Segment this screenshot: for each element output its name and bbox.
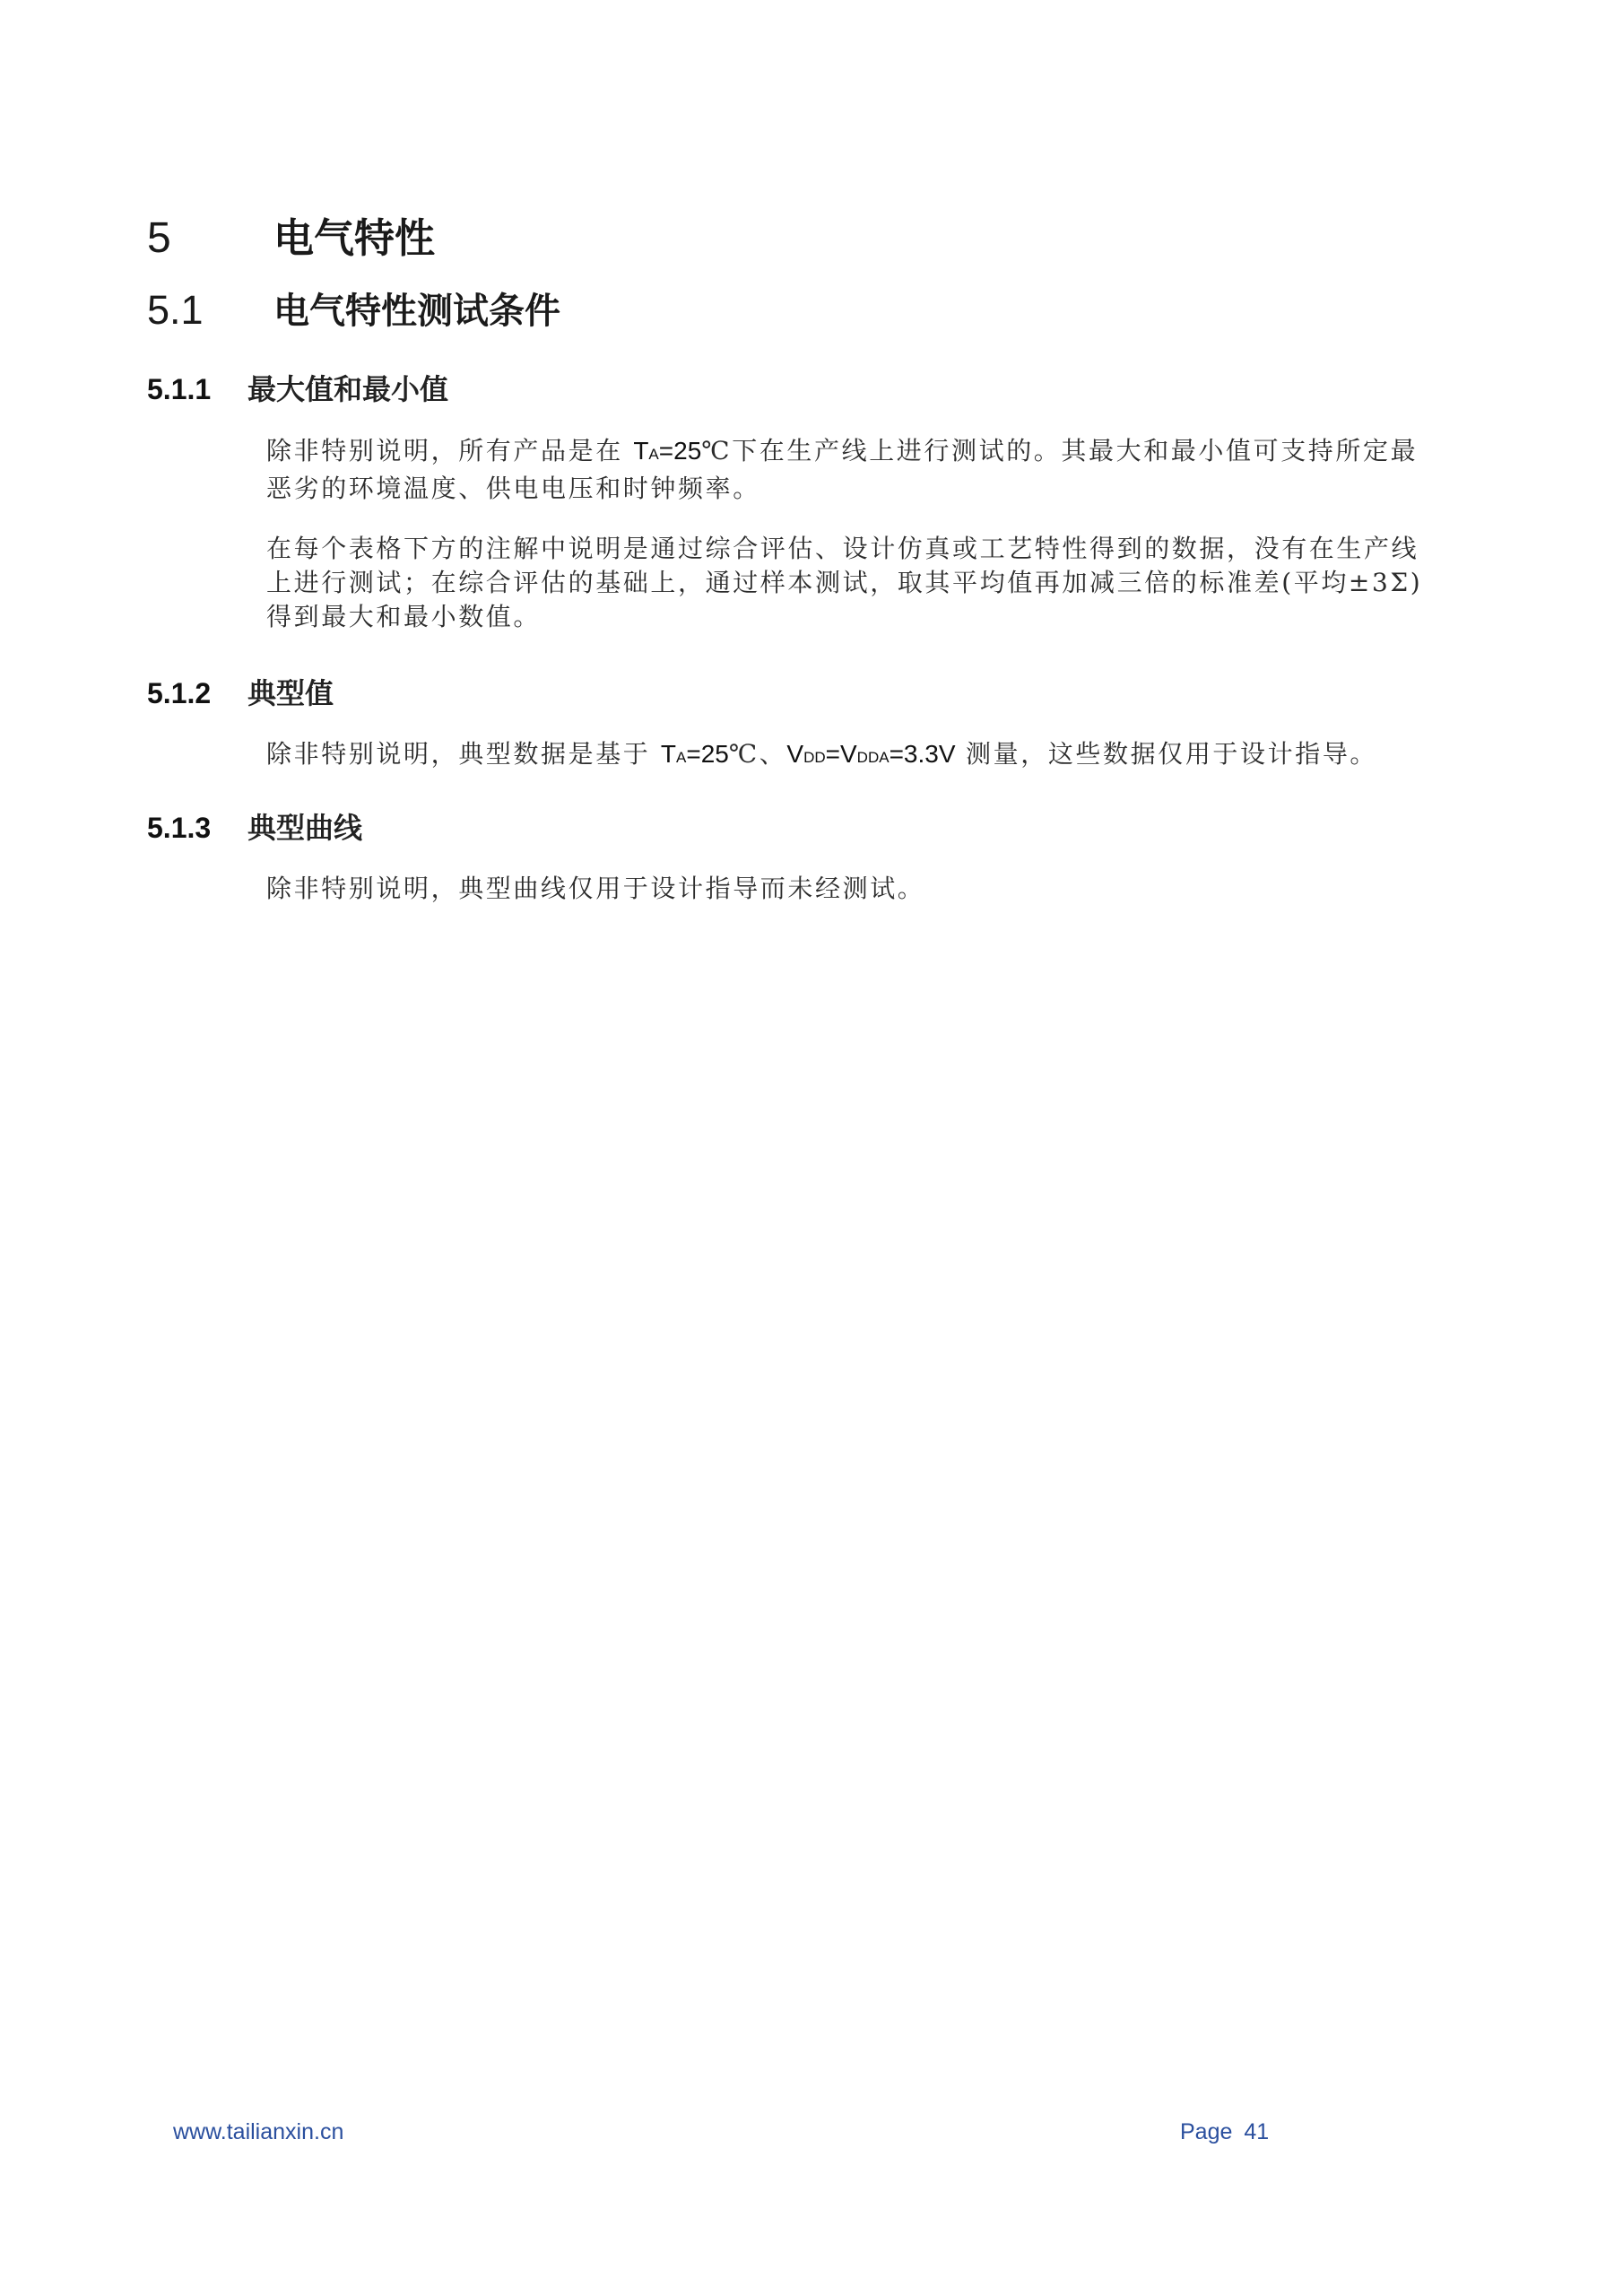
- subsection-number: 5.1: [147, 287, 204, 334]
- subscript: DDA: [857, 749, 890, 766]
- degree-symbol: ℃、: [729, 739, 787, 769]
- subsubsection-title-typical-curve: 典型曲线: [247, 810, 362, 846]
- text-span: 下在生产线上进行测试的。其最大和最小值可支持所定最: [732, 436, 1418, 465]
- paragraph-line: 除非特别说明，所有产品是在 TA=25℃下在生产线上进行测试的。其最大和最小值可…: [266, 434, 1459, 472]
- temperature-symbol: TA=25: [661, 740, 729, 768]
- text-span: =V: [826, 740, 857, 768]
- section-title: 电气特性: [273, 213, 435, 264]
- paragraph-typical-value: 除非特别说明，典型数据是基于 TA=25℃、VDD=VDDA=3.3V 测量，这…: [266, 737, 1459, 775]
- subsubsection-number-5-1-2: 5.1.2: [147, 675, 211, 711]
- paragraph-line: 上进行测试；在综合评估的基础上，通过样本测试，取其平均值再加减三倍的标准差(平均…: [266, 566, 1459, 600]
- subsubsection-number-5-1-3: 5.1.3: [147, 810, 211, 846]
- subscript: DD: [803, 749, 826, 766]
- paragraph-max-min-2: 在每个表格下方的注解中说明是通过综合评估、设计仿真或工艺特性得到的数据，没有在生…: [266, 532, 1459, 634]
- paragraph-line: 除非特别说明，典型曲线仅用于设计指导而未经测试。: [266, 872, 1459, 906]
- subsubsection-number-5-1-1: 5.1.1: [147, 371, 211, 407]
- text-span: =3.3V: [890, 740, 956, 768]
- footer-page-number: Page 41: [1180, 2118, 1269, 2145]
- paragraph-line: 得到最大和最小数值。: [266, 600, 1459, 634]
- subsection-title: 电气特性测试条件: [273, 288, 560, 335]
- subscript: A: [648, 446, 658, 463]
- text-span: V: [786, 740, 803, 768]
- footer-website-link[interactable]: www.tailianxin.cn: [173, 2118, 343, 2145]
- section-number: 5: [147, 213, 171, 264]
- text-span: 除非特别说明，所有产品是在: [266, 436, 633, 465]
- temperature-symbol: TA=25: [633, 437, 701, 465]
- text-span: T: [633, 437, 648, 465]
- paragraph-line: 恶劣的环境温度、供电电压和时钟频率。: [266, 472, 1459, 506]
- paragraph-max-min-1: 除非特别说明，所有产品是在 TA=25℃下在生产线上进行测试的。其最大和最小值可…: [266, 434, 1459, 506]
- degree-symbol: ℃: [701, 436, 732, 465]
- subscript: A: [676, 749, 686, 766]
- text-span: 除非特别说明，典型数据是基于: [266, 739, 661, 769]
- page-label: Page: [1180, 2119, 1232, 2144]
- voltage-symbol: VDD=VDDA=3.3V: [786, 740, 955, 768]
- text-span: =25: [659, 437, 702, 465]
- paragraph-line: 在每个表格下方的注解中说明是通过综合评估、设计仿真或工艺特性得到的数据，没有在生…: [266, 532, 1459, 566]
- paragraph-line: 除非特别说明，典型数据是基于 TA=25℃、VDD=VDDA=3.3V 测量，这…: [266, 737, 1459, 775]
- page-number: 41: [1244, 2119, 1269, 2144]
- text-span: 测量，这些数据仅用于设计指导。: [956, 739, 1378, 769]
- paragraph-typical-curve: 除非特别说明，典型曲线仅用于设计指导而未经测试。: [266, 872, 1459, 906]
- subsubsection-title-max-min: 最大值和最小值: [247, 371, 448, 407]
- text-span: =25: [686, 740, 729, 768]
- subsubsection-title-typical-value: 典型值: [247, 675, 334, 711]
- text-span: T: [661, 740, 676, 768]
